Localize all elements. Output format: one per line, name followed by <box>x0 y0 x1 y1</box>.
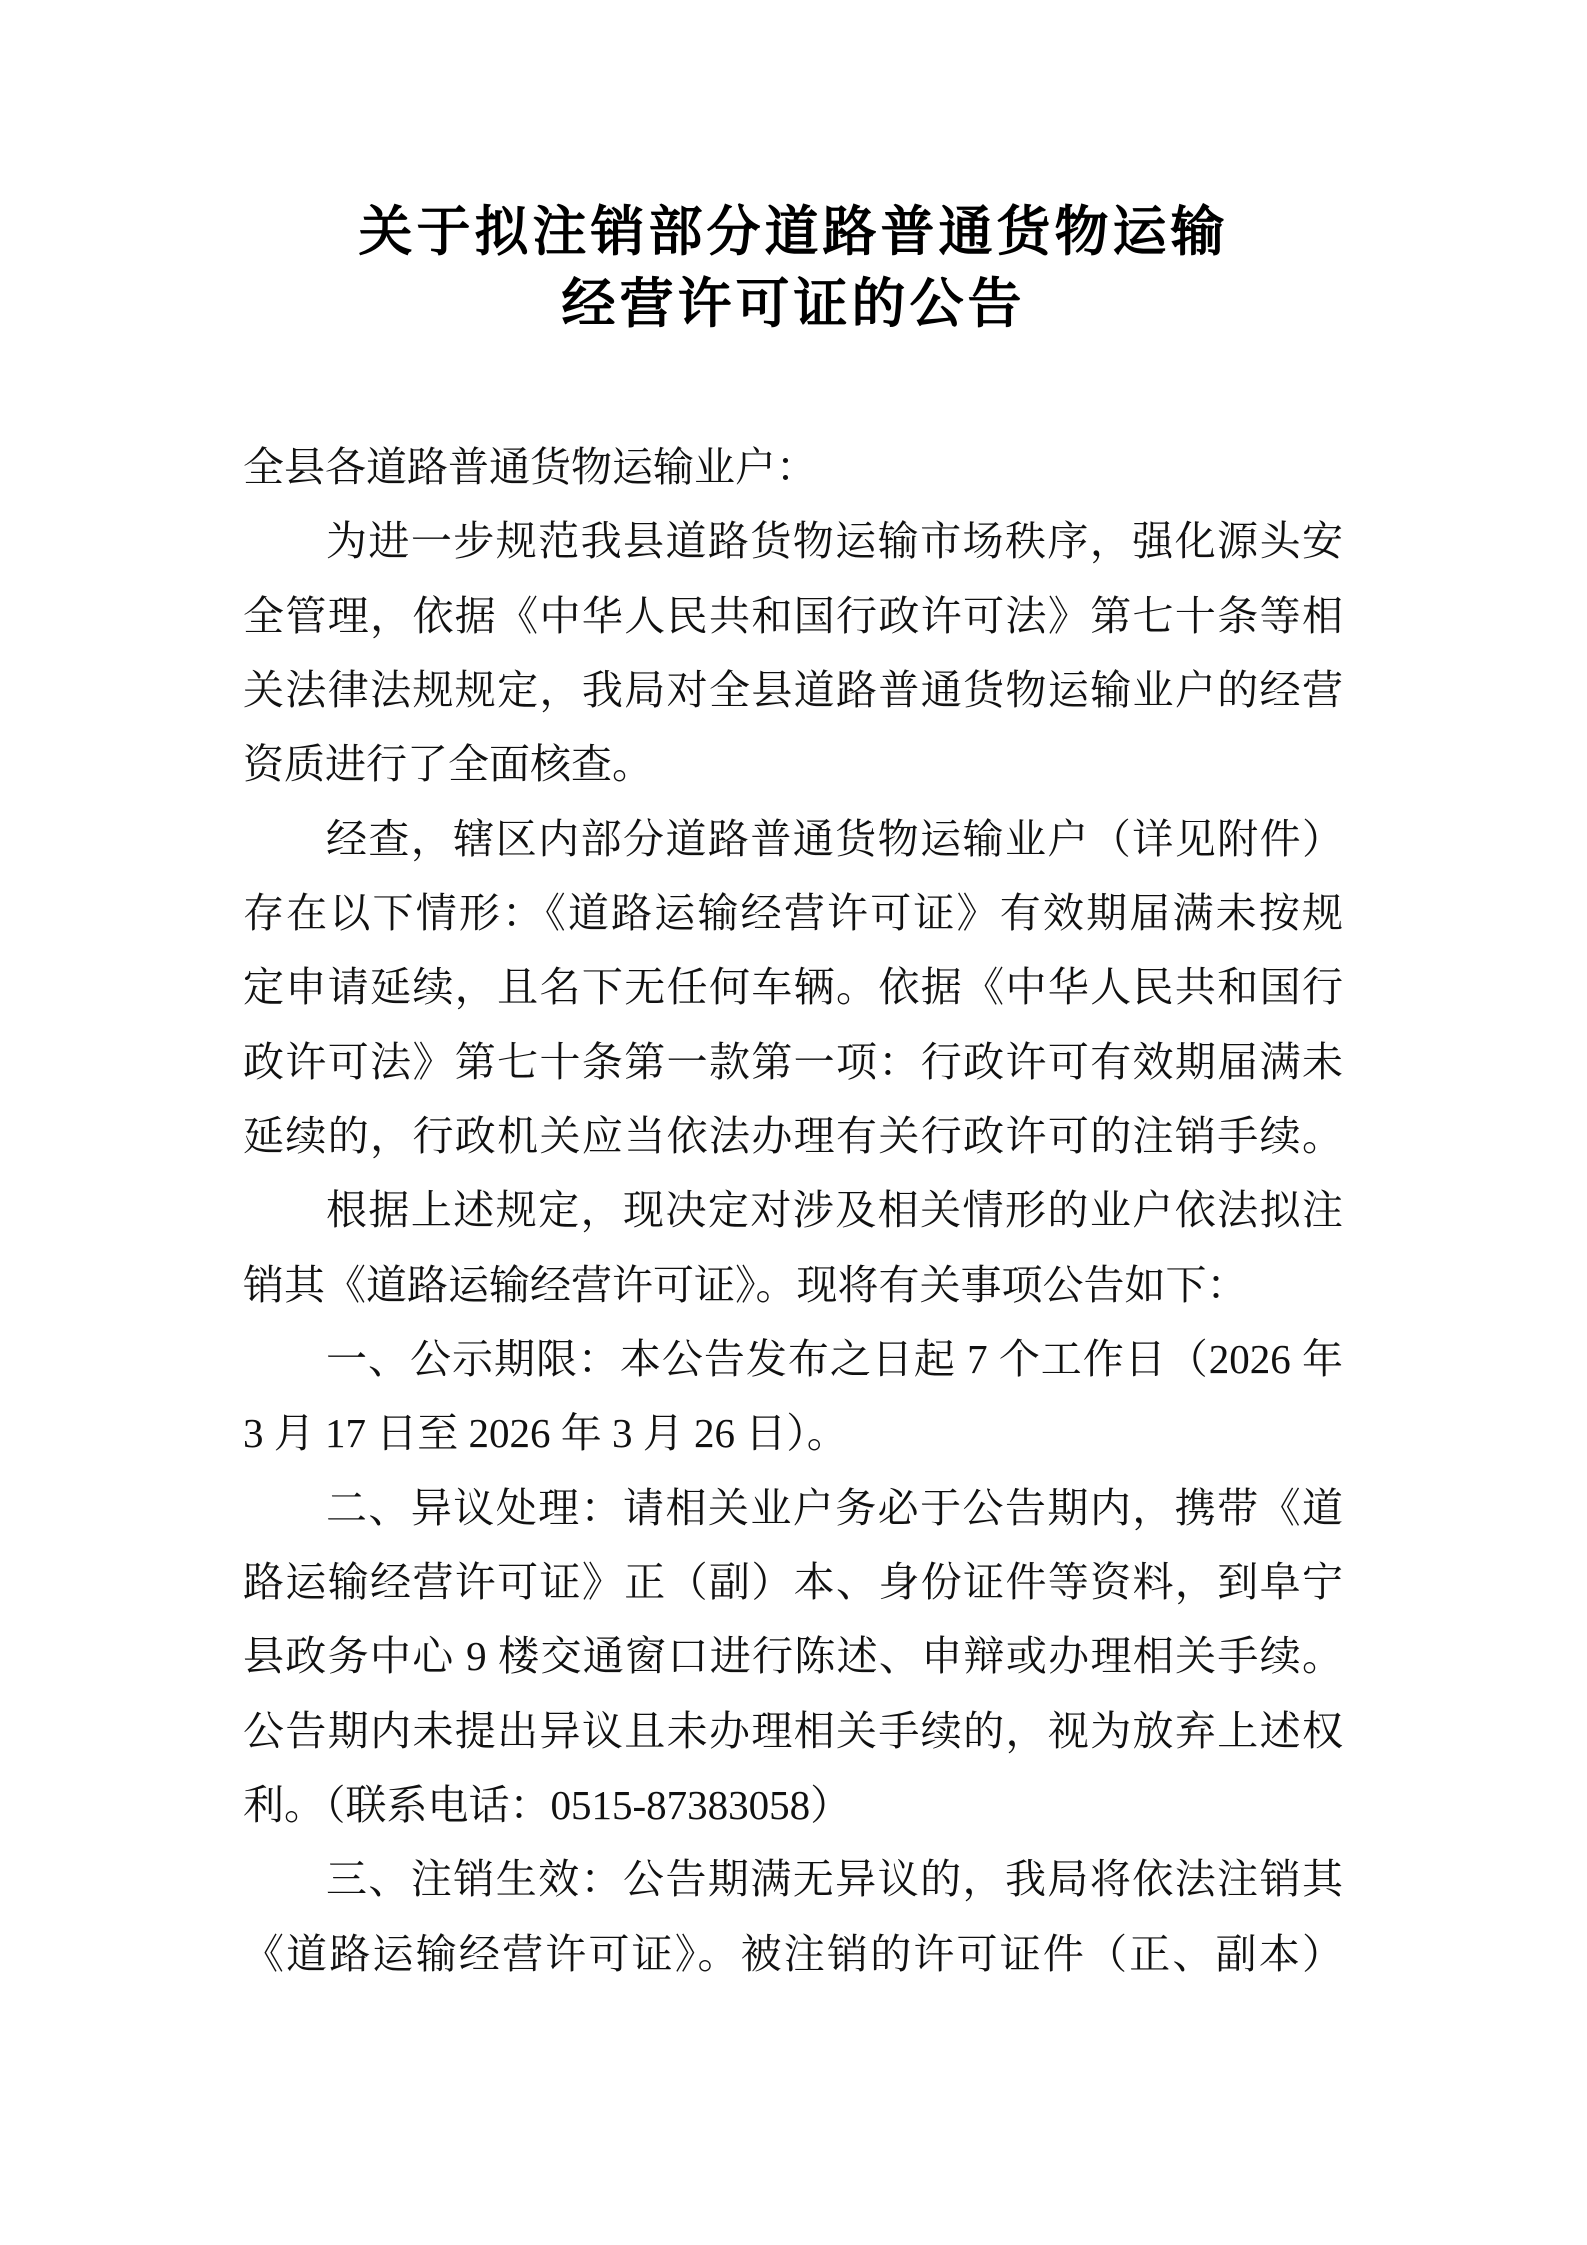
body-line: 县政务中心 9 楼交通窗口进行陈述、申辩或办理相关手续。 <box>243 1619 1343 1693</box>
body-line: 存在以下情形：《道路运输经营许可证》有效期届满未按规 <box>243 876 1343 950</box>
body-line: 为进一步规范我县道路货物运输市场秩序，强化源头安 <box>243 504 1343 578</box>
body-line: 定申请延续，且名下无任何车辆。依据《中华人民共和国行 <box>243 950 1343 1024</box>
body-line: 二、异议处理：请相关业户务必于公告期内，携带《道 <box>243 1471 1343 1545</box>
body-line: 三、注销生效：公告期满无异议的，我局将依法注销其 <box>243 1842 1343 1916</box>
document-title-line-1: 关于拟注销部分道路普通货物运输 <box>0 196 1587 268</box>
body-line: 经查，辖区内部分道路普通货物运输业户（详见附件） <box>243 802 1343 876</box>
body-line: 一、公示期限：本公告发布之日起 7 个工作日（2026 年 <box>243 1322 1343 1396</box>
body-line: 公告期内未提出异议且未办理相关手续的，视为放弃上述权 <box>243 1694 1343 1768</box>
document-title-line-2: 经营许可证的公告 <box>0 268 1587 340</box>
body-line: 路运输经营许可证》正（副）本、身份证件等资料，到阜宁 <box>243 1545 1343 1619</box>
body-line: 根据上述规定，现决定对涉及相关情形的业户依法拟注 <box>243 1173 1343 1247</box>
body-line: 利。（联系电话：0515-87383058） <box>243 1768 1343 1842</box>
document-title: 关于拟注销部分道路普通货物运输 经营许可证的公告 <box>0 196 1587 340</box>
body-line: 关法律法规规定，我局对全县道路普通货物运输业户的经营 <box>243 653 1343 727</box>
body-line: 销其《道路运输经营许可证》。现将有关事项公告如下： <box>243 1248 1343 1322</box>
body-line: 全管理，依据《中华人民共和国行政许可法》第七十条等相 <box>243 579 1343 653</box>
document-body: 全县各道路普通货物运输业户：为进一步规范我县道路货物运输市场秩序，强化源头安全管… <box>243 430 1343 1991</box>
body-line: 政许可法》第七十条第一款第一项：行政许可有效期届满未 <box>243 1025 1343 1099</box>
body-line: 3 月 17 日至 2026 年 3 月 26 日）。 <box>243 1396 1343 1470</box>
body-line: 全县各道路普通货物运输业户： <box>243 430 1343 504</box>
body-line: 延续的，行政机关应当依法办理有关行政许可的注销手续。 <box>243 1099 1343 1173</box>
body-line: 资质进行了全面核查。 <box>243 727 1343 801</box>
document-page: 关于拟注销部分道路普通货物运输 经营许可证的公告 全县各道路普通货物运输业户：为… <box>0 0 1587 2245</box>
body-line: 《道路运输经营许可证》。被注销的许可证件（正、副本） <box>243 1917 1343 1991</box>
